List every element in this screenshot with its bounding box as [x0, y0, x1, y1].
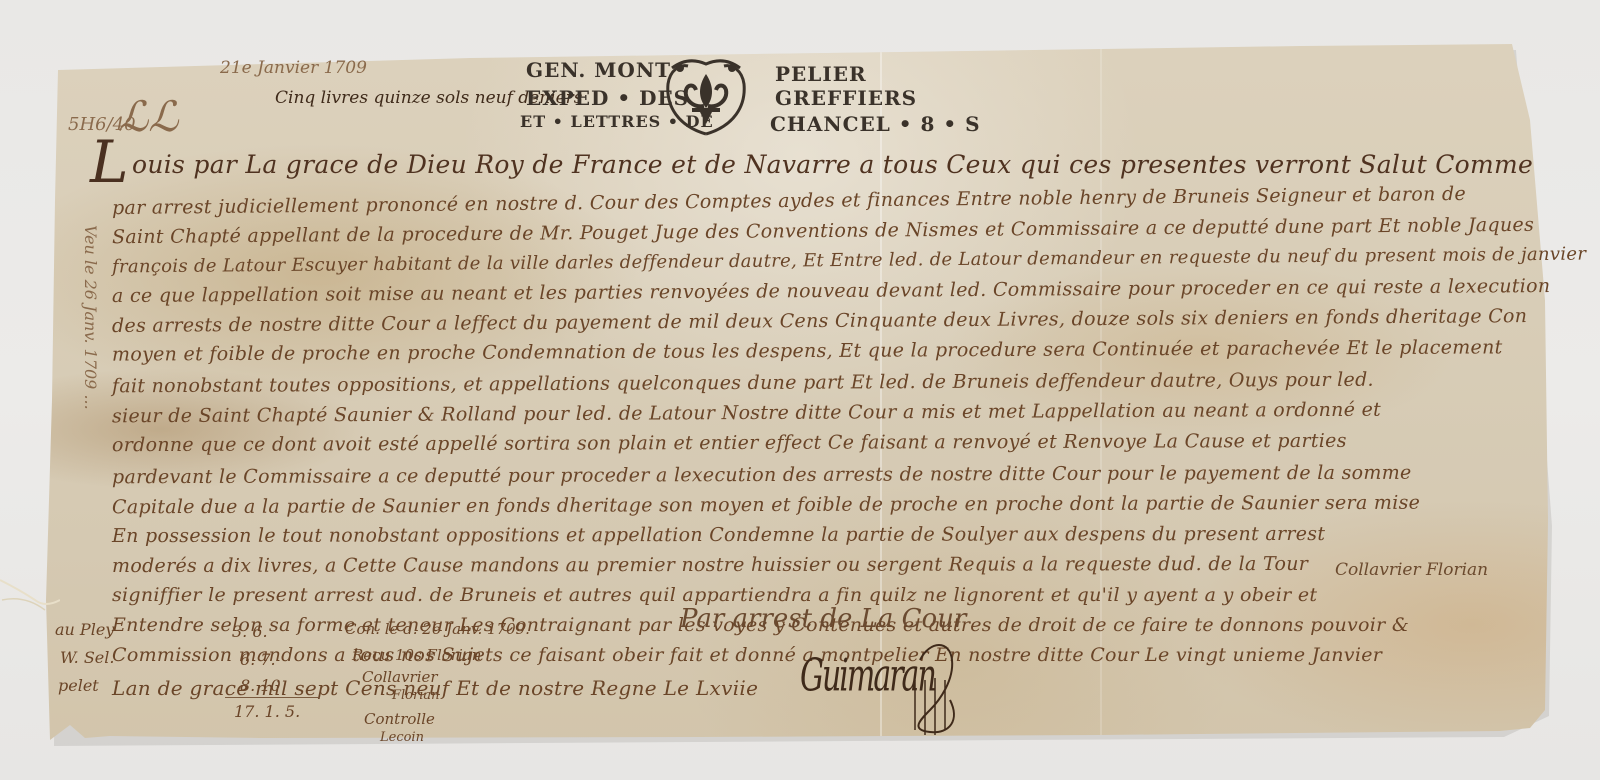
- closing-formula: Par arrest de La Cour: [680, 604, 966, 634]
- clerk-signature-right: Collavrier Florian: [1335, 560, 1488, 580]
- body-line-1: ouis par La grace de Dieu Roy de France …: [132, 150, 1533, 179]
- body-line-12: Capitale due a la partie de Saunier en f…: [112, 492, 1420, 519]
- stamp-line3-right: CHANCEL • 8 • S: [770, 112, 981, 136]
- body-line-13: En possession le tout nonobstant opposit…: [112, 523, 1325, 547]
- body-line-11: pardevant le Commissaire a ce deputté po…: [112, 462, 1412, 489]
- stamp-line1-right: PELIER: [775, 62, 867, 86]
- control-note-6: Lecoin: [380, 730, 424, 745]
- fleur-de-lis-icon: [658, 56, 754, 138]
- account-row-3: 8. 10: [240, 676, 281, 695]
- body-line-17: Commission mandons a tous nos Sujets ce …: [112, 644, 1382, 666]
- stamp-line2-right: GREFFIERS: [775, 86, 917, 110]
- body-line-15: signiffier le present arrest aud. de Bru…: [112, 584, 1317, 606]
- control-note-4: Florian: [392, 688, 440, 703]
- fiscal-stamp: GEN. MONT PELIER EXPED • DES GREFFIERS E…: [520, 56, 890, 138]
- body-line-14: moderés a dix livres, a Cette Cause mand…: [112, 553, 1308, 577]
- string-tie: [0, 570, 60, 620]
- marginal-date: 21e Janvier 1709: [220, 58, 367, 78]
- control-note-1: Con. le d. 26 Janv. 1709.: [345, 620, 530, 638]
- account-total: 17. 1. 5.: [234, 702, 300, 721]
- account-row-1: 3. 6.: [232, 622, 268, 641]
- stamp-line1-left: GEN. MONT: [526, 58, 671, 82]
- footer-note-3: pelet: [58, 676, 99, 695]
- body-line-10: ordonne que ce dont avoit esté appellé s…: [112, 430, 1347, 456]
- account-row-2: 6. 7.: [240, 650, 276, 669]
- control-note-3: Collavrier: [362, 668, 438, 686]
- control-note-5: Controlle: [364, 710, 435, 728]
- sum-rule: [225, 697, 320, 698]
- margin-vertical-note: Veu le 26 Janv. 1709 ...: [81, 225, 100, 410]
- footer-note-1: au Pley: [55, 620, 114, 639]
- control-note-2: Recu 10s Florian: [352, 646, 481, 664]
- paraph-flourish-icon: [900, 640, 970, 740]
- decorated-initial: L: [90, 128, 129, 196]
- footer-note-2: W. Sel.: [60, 648, 114, 667]
